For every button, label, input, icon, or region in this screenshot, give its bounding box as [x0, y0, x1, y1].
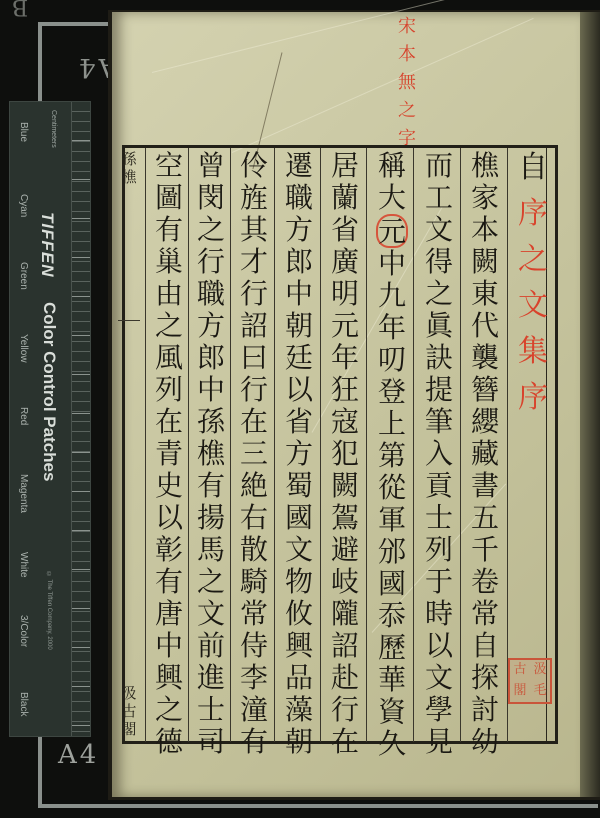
text-char: 詔: [237, 310, 271, 342]
text-char: 貢: [422, 470, 456, 502]
text-char: 李: [237, 662, 271, 694]
column-rule: [145, 148, 146, 742]
text-char: 忝: [375, 600, 409, 632]
column-rule: [320, 148, 321, 742]
text-char: 闕: [328, 470, 362, 502]
text-char: 國: [282, 502, 316, 534]
text-char: 犯: [328, 438, 362, 470]
text-char: 列: [422, 534, 456, 566]
text-char: 時: [422, 598, 456, 630]
text-char: 圖: [152, 182, 186, 214]
text-char: 空: [152, 150, 186, 182]
text-char: 有: [152, 566, 186, 598]
text-char: 潼: [237, 694, 271, 726]
text-char: 九: [375, 280, 409, 312]
text-char: 國: [375, 568, 409, 600]
text-char: 職: [282, 182, 316, 214]
text-char: 中: [375, 248, 409, 280]
text-char: 千: [468, 534, 502, 566]
text-char: 第: [375, 440, 409, 472]
text-char: 蜀: [282, 470, 316, 502]
text-char: 攸: [282, 598, 316, 630]
text-char: 卷: [468, 566, 502, 598]
text-char: 物: [282, 566, 316, 598]
text-column-2: 而工文得之眞訣提筆入貢士列于時以文學見: [418, 150, 460, 740]
seal-char: 古: [510, 660, 530, 681]
text-char: 叨: [375, 344, 409, 376]
fold-char: 古: [120, 702, 138, 720]
text-char: 于: [422, 566, 456, 598]
text-char: 廷: [282, 342, 316, 374]
collector-seal: 古 汲 閣 毛: [508, 658, 552, 704]
text-char: 列: [152, 374, 186, 406]
text-char: 歷: [375, 632, 409, 664]
text-char: 中: [282, 278, 316, 310]
text-char: 行: [194, 246, 228, 278]
text-char: 岐: [328, 566, 362, 598]
text-char: 眞: [422, 310, 456, 342]
fold-column: 孫 樵 汲 古 閣: [118, 150, 140, 740]
text-char: 簪: [468, 374, 502, 406]
a4-label-bottom: A4: [58, 740, 99, 770]
column-rule: [460, 148, 461, 742]
text-char: 進: [194, 662, 228, 694]
text-char: 唐: [152, 598, 186, 630]
text-char: 軍: [375, 504, 409, 536]
text-char: 隴: [328, 598, 362, 630]
paper-crease: [232, 18, 534, 153]
text-char: 孫: [194, 406, 228, 438]
text-char: 馬: [194, 534, 228, 566]
text-column-6: 伶旌其才行詔曰行在三絶右散騎常侍李潼有: [233, 150, 275, 740]
title-char: 之: [516, 242, 550, 278]
text-char: 旌: [237, 182, 271, 214]
text-char: 之: [152, 694, 186, 726]
patch-label: White: [18, 552, 29, 578]
seal-char: 閣: [510, 681, 530, 702]
text-char: 騎: [237, 566, 271, 598]
text-char: 工: [422, 182, 456, 214]
text-char: 廣: [328, 246, 362, 278]
text-char: 中: [152, 630, 186, 662]
text-char: 遷: [282, 150, 316, 182]
seal-char: 毛: [530, 681, 550, 702]
board-corner-letter: B: [12, 0, 28, 19]
text-char: 文: [422, 214, 456, 246]
color-control-strip: Centimeters TIFFEN Color Control Patches…: [9, 101, 91, 737]
patch-label: Green: [18, 262, 29, 290]
text-char: 彰: [152, 534, 186, 566]
text-char: 上: [375, 408, 409, 440]
text-char: 代: [468, 310, 502, 342]
text-char: 行: [328, 694, 362, 726]
fold-char: 樵: [120, 168, 138, 186]
title-char: 文: [516, 288, 550, 324]
fold-bottom: 汲 古 閣: [120, 684, 138, 738]
text-char: 史: [152, 470, 186, 502]
patch-label: Cyan: [18, 194, 29, 217]
column-rule: [413, 148, 414, 742]
text-column-8: 空圖有巢由之風列在青史以彰有唐中興之德: [148, 150, 190, 740]
text-char: 見: [422, 726, 456, 758]
text-char: 入: [422, 438, 456, 470]
text-char: 以: [152, 502, 186, 534]
text-char: 青: [152, 438, 186, 470]
text-char: 司: [194, 726, 228, 758]
text-char: 三: [237, 438, 271, 470]
patch-label: 3/Color: [18, 615, 29, 647]
text-char: 學: [422, 694, 456, 726]
text-char: 曾: [194, 150, 228, 182]
text-char: 以: [282, 374, 316, 406]
title-column: 自 序 之 文 集 序: [512, 150, 554, 740]
text-column-5: 遷職方郎中朝廷以省方蜀國文物攸興品藻朝: [278, 150, 320, 740]
text-char: 訣: [422, 342, 456, 374]
text-char: 蘭: [328, 182, 362, 214]
text-char: 文: [194, 598, 228, 630]
text-char: 之: [194, 214, 228, 246]
text-char: 避: [328, 534, 362, 566]
text-char: 有: [152, 214, 186, 246]
text-char: 幼: [468, 726, 502, 758]
strip-brand: TIFFEN: [37, 212, 57, 278]
annotation-char: 宋: [396, 16, 418, 38]
text-char: 郎: [282, 246, 316, 278]
annotation-char: 之: [396, 100, 418, 122]
circled-char: 元: [376, 214, 408, 248]
text-char: 闕: [468, 246, 502, 278]
text-char: 赴: [328, 662, 362, 694]
text-char: 常: [468, 598, 502, 630]
text-char: 居: [328, 150, 362, 182]
seal-char: 汲: [530, 660, 550, 681]
text-char: 風: [152, 342, 186, 374]
text-char: 提: [422, 374, 456, 406]
title-char: 自: [516, 150, 550, 186]
text-char: 侍: [237, 630, 271, 662]
strip-title: Color Control Patches: [39, 302, 59, 481]
text-char: 文: [282, 534, 316, 566]
text-char: 文: [422, 662, 456, 694]
patch-label: Yellow: [18, 334, 29, 363]
text-char: 朝: [282, 310, 316, 342]
text-char: 稱: [375, 150, 409, 182]
text-column-4: 居蘭省廣明元年狂寇犯闕鴐避岐隴詔赴行在: [324, 150, 366, 740]
text-char: 資: [375, 696, 409, 728]
text-char: 五: [468, 502, 502, 534]
text-char: 行: [237, 374, 271, 406]
text-char: 年: [375, 312, 409, 344]
text-char: 樵: [468, 150, 502, 182]
text-char: 元: [328, 310, 362, 342]
text-char: 伶: [237, 150, 271, 182]
text-char: 才: [237, 246, 271, 278]
text-column-7: 曾閔之行職方郎中孫樵有揚馬之文前進士司: [190, 150, 232, 740]
text-char: 襲: [468, 342, 502, 374]
text-char: 省: [328, 214, 362, 246]
text-char: 大: [375, 182, 409, 214]
annotation-char: 本: [396, 44, 418, 66]
text-char: 方: [282, 438, 316, 470]
column-rule: [366, 148, 367, 742]
text-char: 自: [468, 630, 502, 662]
text-char: 得: [422, 246, 456, 278]
text-column-3: 稱大元中九年叨登上第從軍邠國忝歷華資久: [371, 150, 413, 740]
text-char: 品: [282, 662, 316, 694]
text-char: 鴐: [328, 502, 362, 534]
text-char: 行: [237, 278, 271, 310]
text-char: 在: [328, 726, 362, 758]
fold-char: 汲: [120, 684, 138, 702]
text-char: 省: [282, 406, 316, 438]
text-char: 狂: [328, 374, 362, 406]
text-char: 之: [152, 310, 186, 342]
text-char: 邠: [375, 536, 409, 568]
text-char: 年: [328, 342, 362, 374]
text-char: 絶: [237, 470, 271, 502]
patch-label: Red: [18, 407, 29, 425]
text-char: 從: [375, 472, 409, 504]
text-char: 筆: [422, 406, 456, 438]
text-char: 明: [328, 278, 362, 310]
text-char: 東: [468, 278, 502, 310]
text-char: 以: [422, 630, 456, 662]
fold-divider: [118, 320, 140, 321]
text-char: 興: [152, 662, 186, 694]
fold-char: 孫: [120, 150, 138, 168]
text-char: 藏: [468, 438, 502, 470]
text-char: 之: [194, 566, 228, 598]
text-char: 在: [152, 406, 186, 438]
marginal-annotation: 宋 本 無 之 字: [394, 16, 420, 150]
text-char: 有: [237, 726, 271, 758]
annotation-char: 無: [396, 72, 418, 94]
text-char: 曰: [237, 342, 271, 374]
text-char: 閔: [194, 182, 228, 214]
strip-copyright: © The Tiffen Company, 2000: [46, 572, 52, 650]
text-char: 而: [422, 150, 456, 182]
text-char: 德: [152, 726, 186, 758]
text-char: 家: [468, 182, 502, 214]
patch-label: Blue: [18, 122, 29, 142]
text-char: 久: [375, 728, 409, 760]
text-char: 纓: [468, 406, 502, 438]
patch-labels: Blue Cyan Green Yellow Red Magenta White…: [18, 112, 32, 732]
patch-label: Magenta: [18, 474, 29, 513]
text-char: 常: [237, 598, 271, 630]
text-char: 職: [194, 278, 228, 310]
text-column-1: 樵家本闕東代襲簪纓藏書五千卷常自探討幼: [464, 150, 506, 740]
text-char: 寇: [328, 406, 362, 438]
text-char: 在: [237, 406, 271, 438]
patch-label: Black: [18, 692, 29, 716]
text-char: 朝: [282, 726, 316, 758]
text-char: 樵: [194, 438, 228, 470]
fold-char: 閣: [120, 720, 138, 738]
text-char: 登: [375, 376, 409, 408]
ruler-major-ticks: [72, 102, 90, 736]
fold-top: 孫 樵: [120, 150, 138, 320]
book-edge: [580, 12, 600, 797]
text-char: 華: [375, 664, 409, 696]
text-char: 詔: [328, 630, 362, 662]
text-char: 本: [468, 214, 502, 246]
title-char: 集: [516, 334, 550, 370]
text-char: 由: [152, 278, 186, 310]
text-char: 前: [194, 630, 228, 662]
text-char: 方: [282, 214, 316, 246]
text-char: 巢: [152, 246, 186, 278]
text-char: 郎: [194, 342, 228, 374]
text-char: 揚: [194, 502, 228, 534]
text-char: 藻: [282, 694, 316, 726]
ruler-unit-label: Centimeters: [50, 110, 57, 148]
text-char: 中: [194, 374, 228, 406]
title-char: 序: [516, 380, 550, 416]
text-char: 有: [194, 470, 228, 502]
text-char: 士: [194, 694, 228, 726]
text-char: 方: [194, 310, 228, 342]
title-char: 序: [516, 196, 550, 232]
column-rule: [507, 148, 508, 742]
text-char: 士: [422, 502, 456, 534]
text-char: 討: [468, 694, 502, 726]
text-char: 其: [237, 214, 271, 246]
text-char: 探: [468, 662, 502, 694]
text-char: 書: [468, 470, 502, 502]
text-char: 散: [237, 534, 271, 566]
text-char: 興: [282, 630, 316, 662]
text-char: 右: [237, 502, 271, 534]
text-char: 之: [422, 278, 456, 310]
